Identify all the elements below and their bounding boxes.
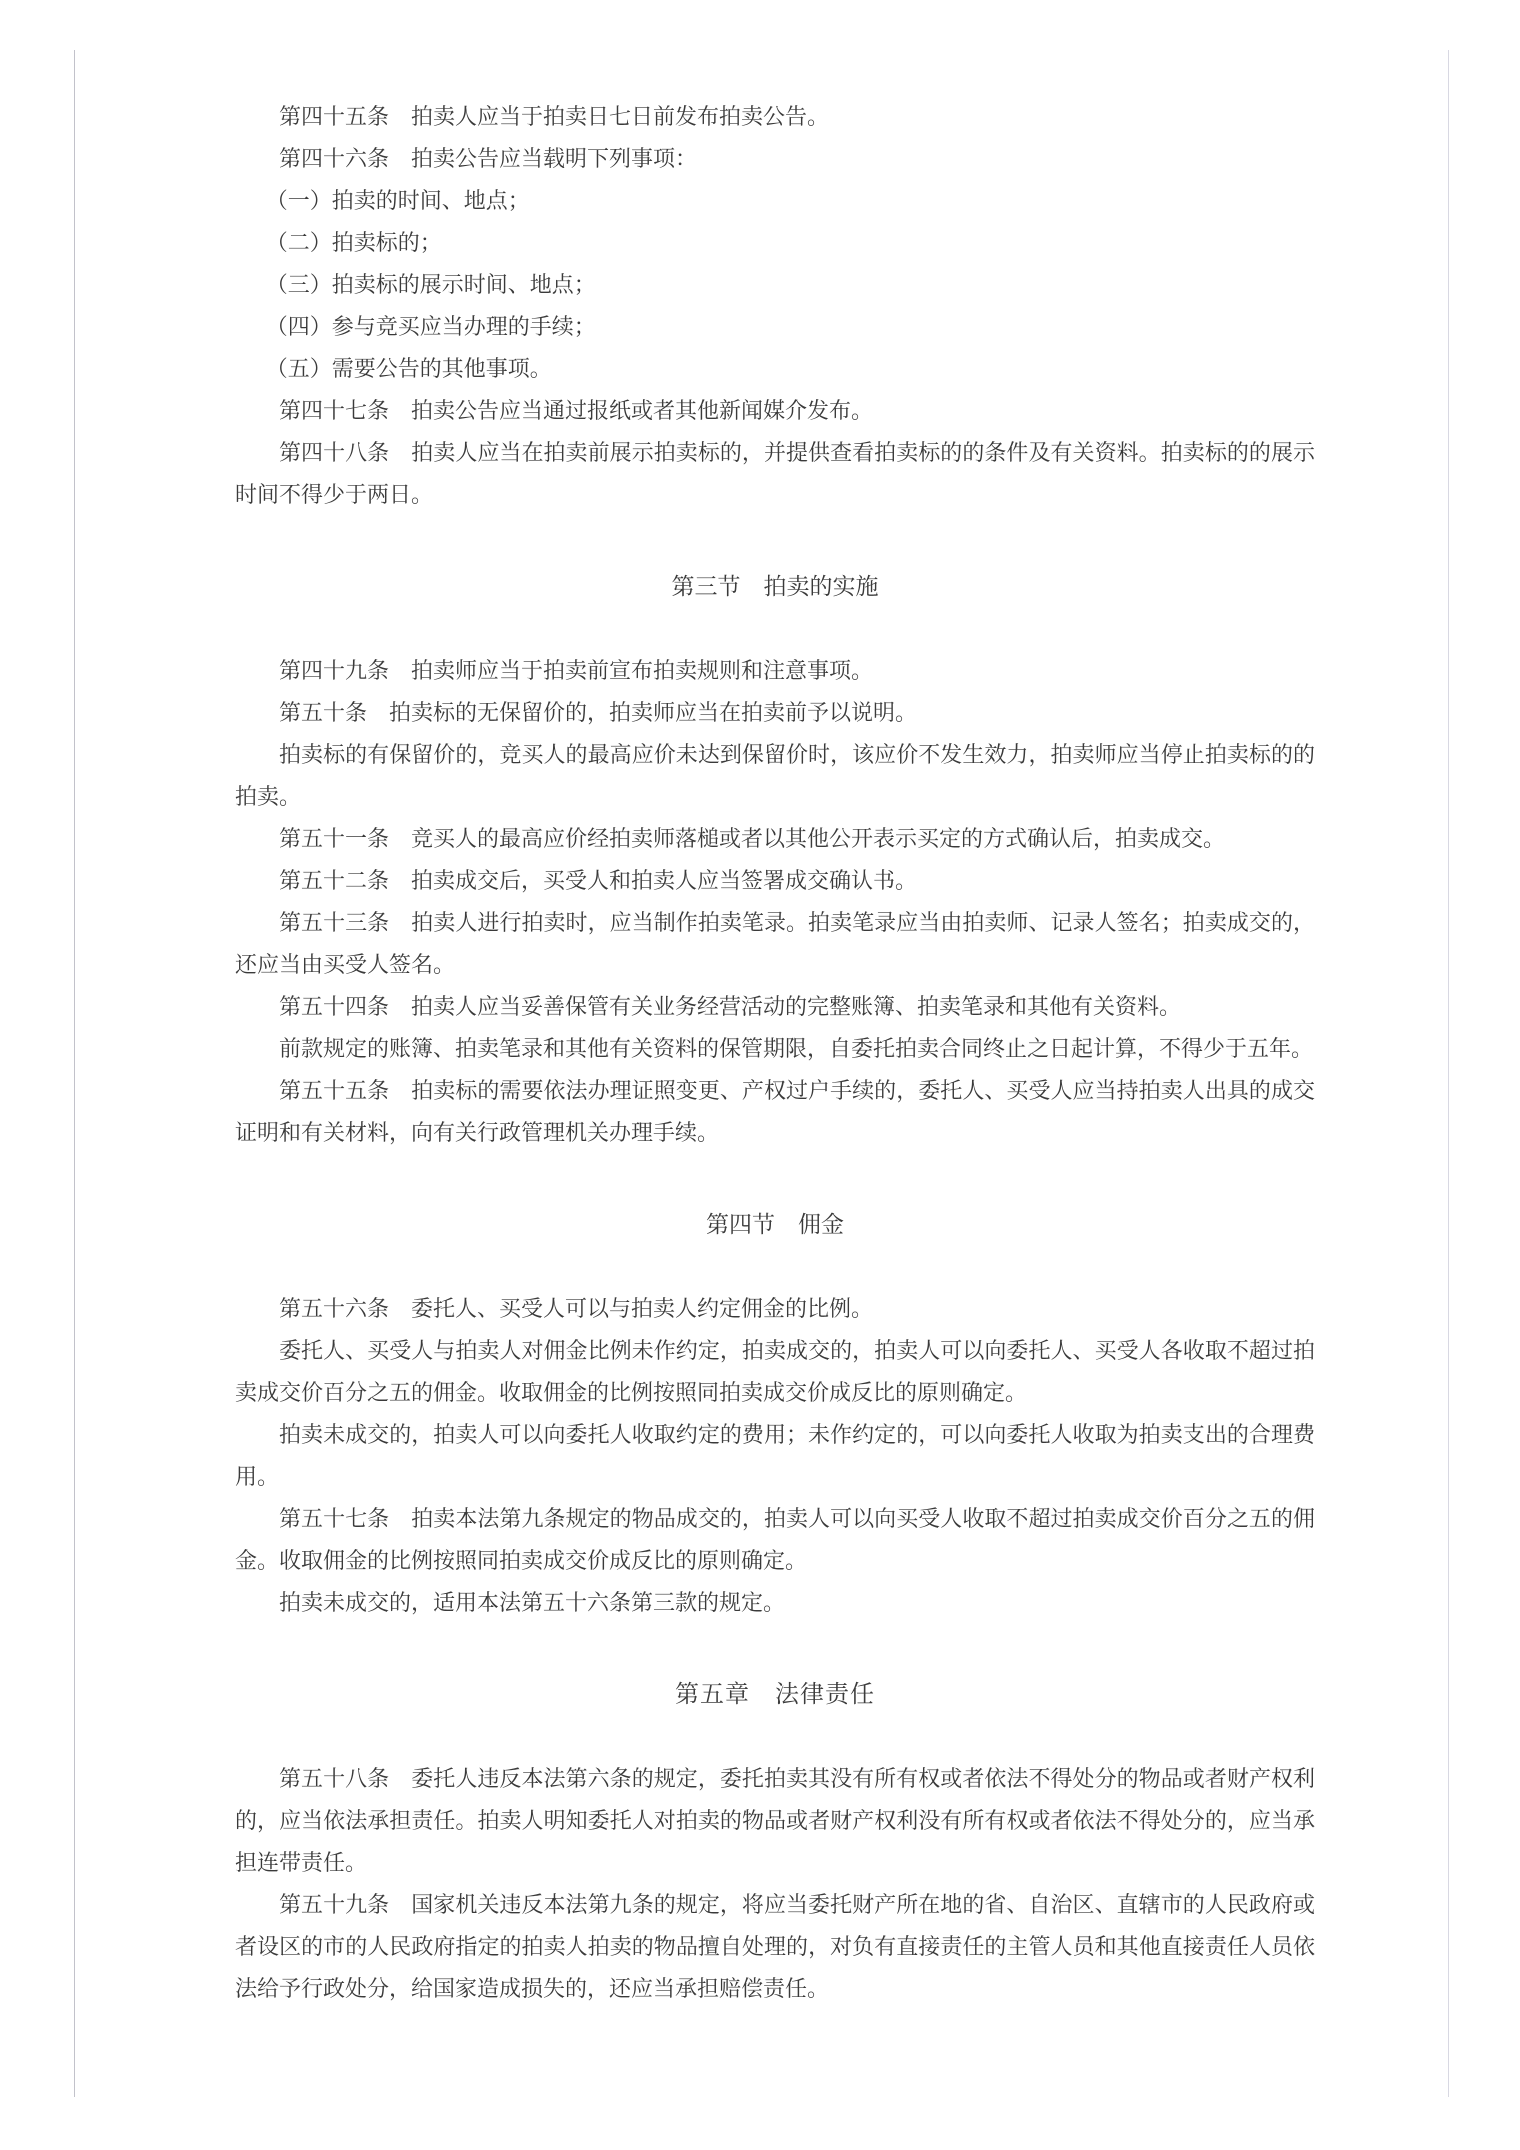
page-right-border-line: [1448, 50, 1449, 2097]
law-paragraph: 第五十六条 委托人、买受人可以与拍卖人约定佣金的比例。: [235, 1288, 1315, 1330]
law-paragraph: 第五十三条 拍卖人进行拍卖时，应当制作拍卖笔录。拍卖笔录应当由拍卖师、记录人签名…: [235, 902, 1315, 986]
law-paragraph: 第五十七条 拍卖本法第九条规定的物品成交的，拍卖人可以向买受人收取不超过拍卖成交…: [235, 1498, 1315, 1582]
law-paragraph: 第五十条 拍卖标的无保留价的，拍卖师应当在拍卖前予以说明。: [235, 692, 1315, 734]
law-paragraph: 第五十四条 拍卖人应当妥善保管有关业务经营活动的完整账簿、拍卖笔录和其他有关资料…: [235, 986, 1315, 1028]
law-list-item: （四）参与竞买应当办理的手续；: [235, 306, 1315, 348]
law-paragraph: 第四十七条 拍卖公告应当通过报纸或者其他新闻媒介发布。: [235, 390, 1315, 432]
law-paragraph: 前款规定的账簿、拍卖笔录和其他有关资料的保管期限，自委托拍卖合同终止之日起计算，…: [235, 1028, 1315, 1070]
law-paragraph: 第四十五条 拍卖人应当于拍卖日七日前发布拍卖公告。: [235, 96, 1315, 138]
law-paragraph: 第四十八条 拍卖人应当在拍卖前展示拍卖标的，并提供查看拍卖标的的条件及有关资料。…: [235, 432, 1315, 516]
law-paragraph: 拍卖未成交的，拍卖人可以向委托人收取约定的费用；未作约定的，可以向委托人收取为拍…: [235, 1414, 1315, 1498]
law-paragraph: 第五十二条 拍卖成交后，买受人和拍卖人应当签署成交确认书。: [235, 860, 1315, 902]
page-left-border-line: [74, 50, 75, 2097]
law-paragraph: 第五十八条 委托人违反本法第六条的规定，委托拍卖其没有所有权或者依法不得处分的物…: [235, 1758, 1315, 1884]
law-paragraph: 委托人、买受人与拍卖人对佣金比例未作约定，拍卖成交的，拍卖人可以向委托人、买受人…: [235, 1330, 1315, 1414]
document-body: 第四十五条 拍卖人应当于拍卖日七日前发布拍卖公告。 第四十六条 拍卖公告应当载明…: [235, 0, 1315, 2010]
section-heading: 第四节 佣金: [235, 1204, 1315, 1246]
law-list-item: （二）拍卖标的；: [235, 222, 1315, 264]
law-paragraph: 拍卖未成交的，适用本法第五十六条第三款的规定。: [235, 1582, 1315, 1624]
law-list-item: （五）需要公告的其他事项。: [235, 348, 1315, 390]
law-paragraph: 拍卖标的有保留价的，竞买人的最高应价未达到保留价时，该应价不发生效力，拍卖师应当…: [235, 734, 1315, 818]
chapter-heading: 第五章 法律责任: [235, 1674, 1315, 1716]
section-heading: 第三节 拍卖的实施: [235, 566, 1315, 608]
law-paragraph: 第四十九条 拍卖师应当于拍卖前宣布拍卖规则和注意事项。: [235, 650, 1315, 692]
law-paragraph: 第五十一条 竞买人的最高应价经拍卖师落槌或者以其他公开表示买定的方式确认后，拍卖…: [235, 818, 1315, 860]
law-list-item: （一）拍卖的时间、地点；: [235, 180, 1315, 222]
law-paragraph: 第四十六条 拍卖公告应当载明下列事项：: [235, 138, 1315, 180]
law-paragraph: 第五十九条 国家机关违反本法第九条的规定，将应当委托财产所在地的省、自治区、直辖…: [235, 1884, 1315, 2010]
document-page: { "colors": { "background": "#ffffff", "…: [0, 0, 1520, 2150]
law-paragraph: 第五十五条 拍卖标的需要依法办理证照变更、产权过户手续的，委托人、买受人应当持拍…: [235, 1070, 1315, 1154]
law-list-item: （三）拍卖标的展示时间、地点；: [235, 264, 1315, 306]
